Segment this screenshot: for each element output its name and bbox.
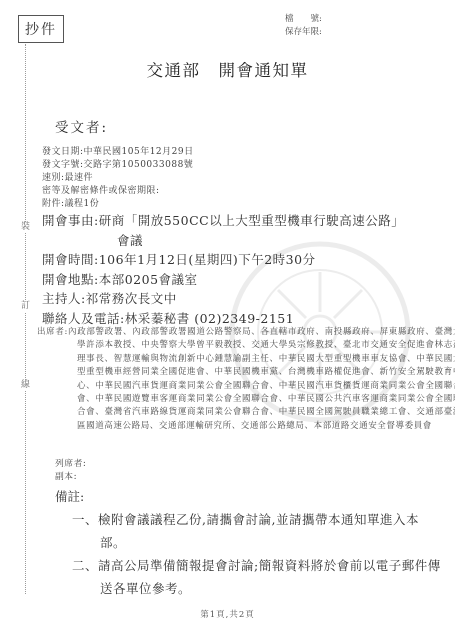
binding-mark-xian: 線 <box>19 380 32 391</box>
meeting-chair-label: 主持人: <box>42 291 86 306</box>
meeting-subject-label: 開會事由: <box>42 213 99 228</box>
meeting-subject: 開會事由:研商「開放550CC以上大型重型機車行駛高速公路」會議 <box>42 211 416 250</box>
attachment: 附件:議程1份 <box>42 198 194 211</box>
page-title: 交通部 開會通知單 <box>0 57 455 81</box>
meeting-chair-value: 祁常務次長文中 <box>86 291 177 306</box>
notes-label: 備註: <box>55 485 415 508</box>
contact-person-label: 聯絡人及電話: <box>42 311 125 326</box>
observers-label: 列席者: <box>55 456 86 469</box>
copy-stamp: 抄件 <box>18 15 64 43</box>
contact-person-value: 林采蓁秘書 (02)2349-2151 <box>125 311 294 326</box>
meeting-subject-value: 研商「開放550CC以上大型重型機車行駛高速公路」會議 <box>99 213 405 248</box>
dispatch-date: 發文日期:中華民國105年12月29日 <box>42 146 194 159</box>
meeting-time: 開會時間:106年1月12日(星期四)下午2時30分 <box>42 250 416 270</box>
meeting-place-label: 開會地點: <box>42 272 99 287</box>
dispatch-meta: 發文日期:中華民國105年12月29日 發文字號:交路字第1050033088號… <box>42 146 194 211</box>
note-item-1: 一、檢附會議議程乙份,請攜會討論,並請攜帶本通知單進入本部。 <box>72 508 442 554</box>
cc-label: 副本: <box>55 469 77 482</box>
notes-block: 備註: 一、檢附會議議程乙份,請攜會討論,並請攜帶本通知單進入本部。 二、請高公… <box>55 485 415 600</box>
meeting-time-label: 開會時間: <box>42 252 99 267</box>
note-item-2: 二、請高公局準備簡報提會討論;簡報資料將於會前以電子郵件傳送各單位參考。 <box>72 554 442 600</box>
binding-mark-ding: 訂 <box>19 301 32 312</box>
file-number-label: 檔 號: <box>285 13 322 26</box>
attendees-label: 出席者: <box>37 327 68 337</box>
security-classification: 密等及解密條件或保密期限: <box>42 185 194 198</box>
meeting-place: 開會地點:本部0205會議室 <box>42 270 416 290</box>
copy-stamp-label: 抄件 <box>25 19 57 39</box>
attendees-block: 出席者:內政部警政署、內政部警政署國道公路警察局、各直轄市政府、南投縣政府、屏東… <box>37 326 455 433</box>
attendees-value: 內政部警政署、內政部警政署國道公路警察局、各直轄市政府、南投縣政府、屏東縣政府、… <box>68 327 455 431</box>
meeting-fields: 開會事由:研商「開放550CC以上大型重型機車行駛高速公路」會議 開會時間:10… <box>42 211 416 328</box>
dispatch-number: 發文字號:交路字第1050033088號 <box>42 159 194 172</box>
meeting-place-value: 本部0205會議室 <box>99 272 198 287</box>
meeting-time-value: 106年1月12日(星期四)下午2時30分 <box>99 252 316 267</box>
archive-header: 檔 號: 保存年限: <box>285 13 322 39</box>
meeting-chair: 主持人:祁常務次長文中 <box>42 289 416 309</box>
priority: 速別:最速件 <box>42 172 194 185</box>
binding-dotted-line <box>25 44 26 594</box>
page-footer: 第1頁,共2頁 <box>0 608 455 620</box>
retention-period-label: 保存年限: <box>285 26 322 39</box>
binding-mark-zhuang: 裝 <box>19 222 32 233</box>
recipient-label: 受文者: <box>55 116 108 136</box>
